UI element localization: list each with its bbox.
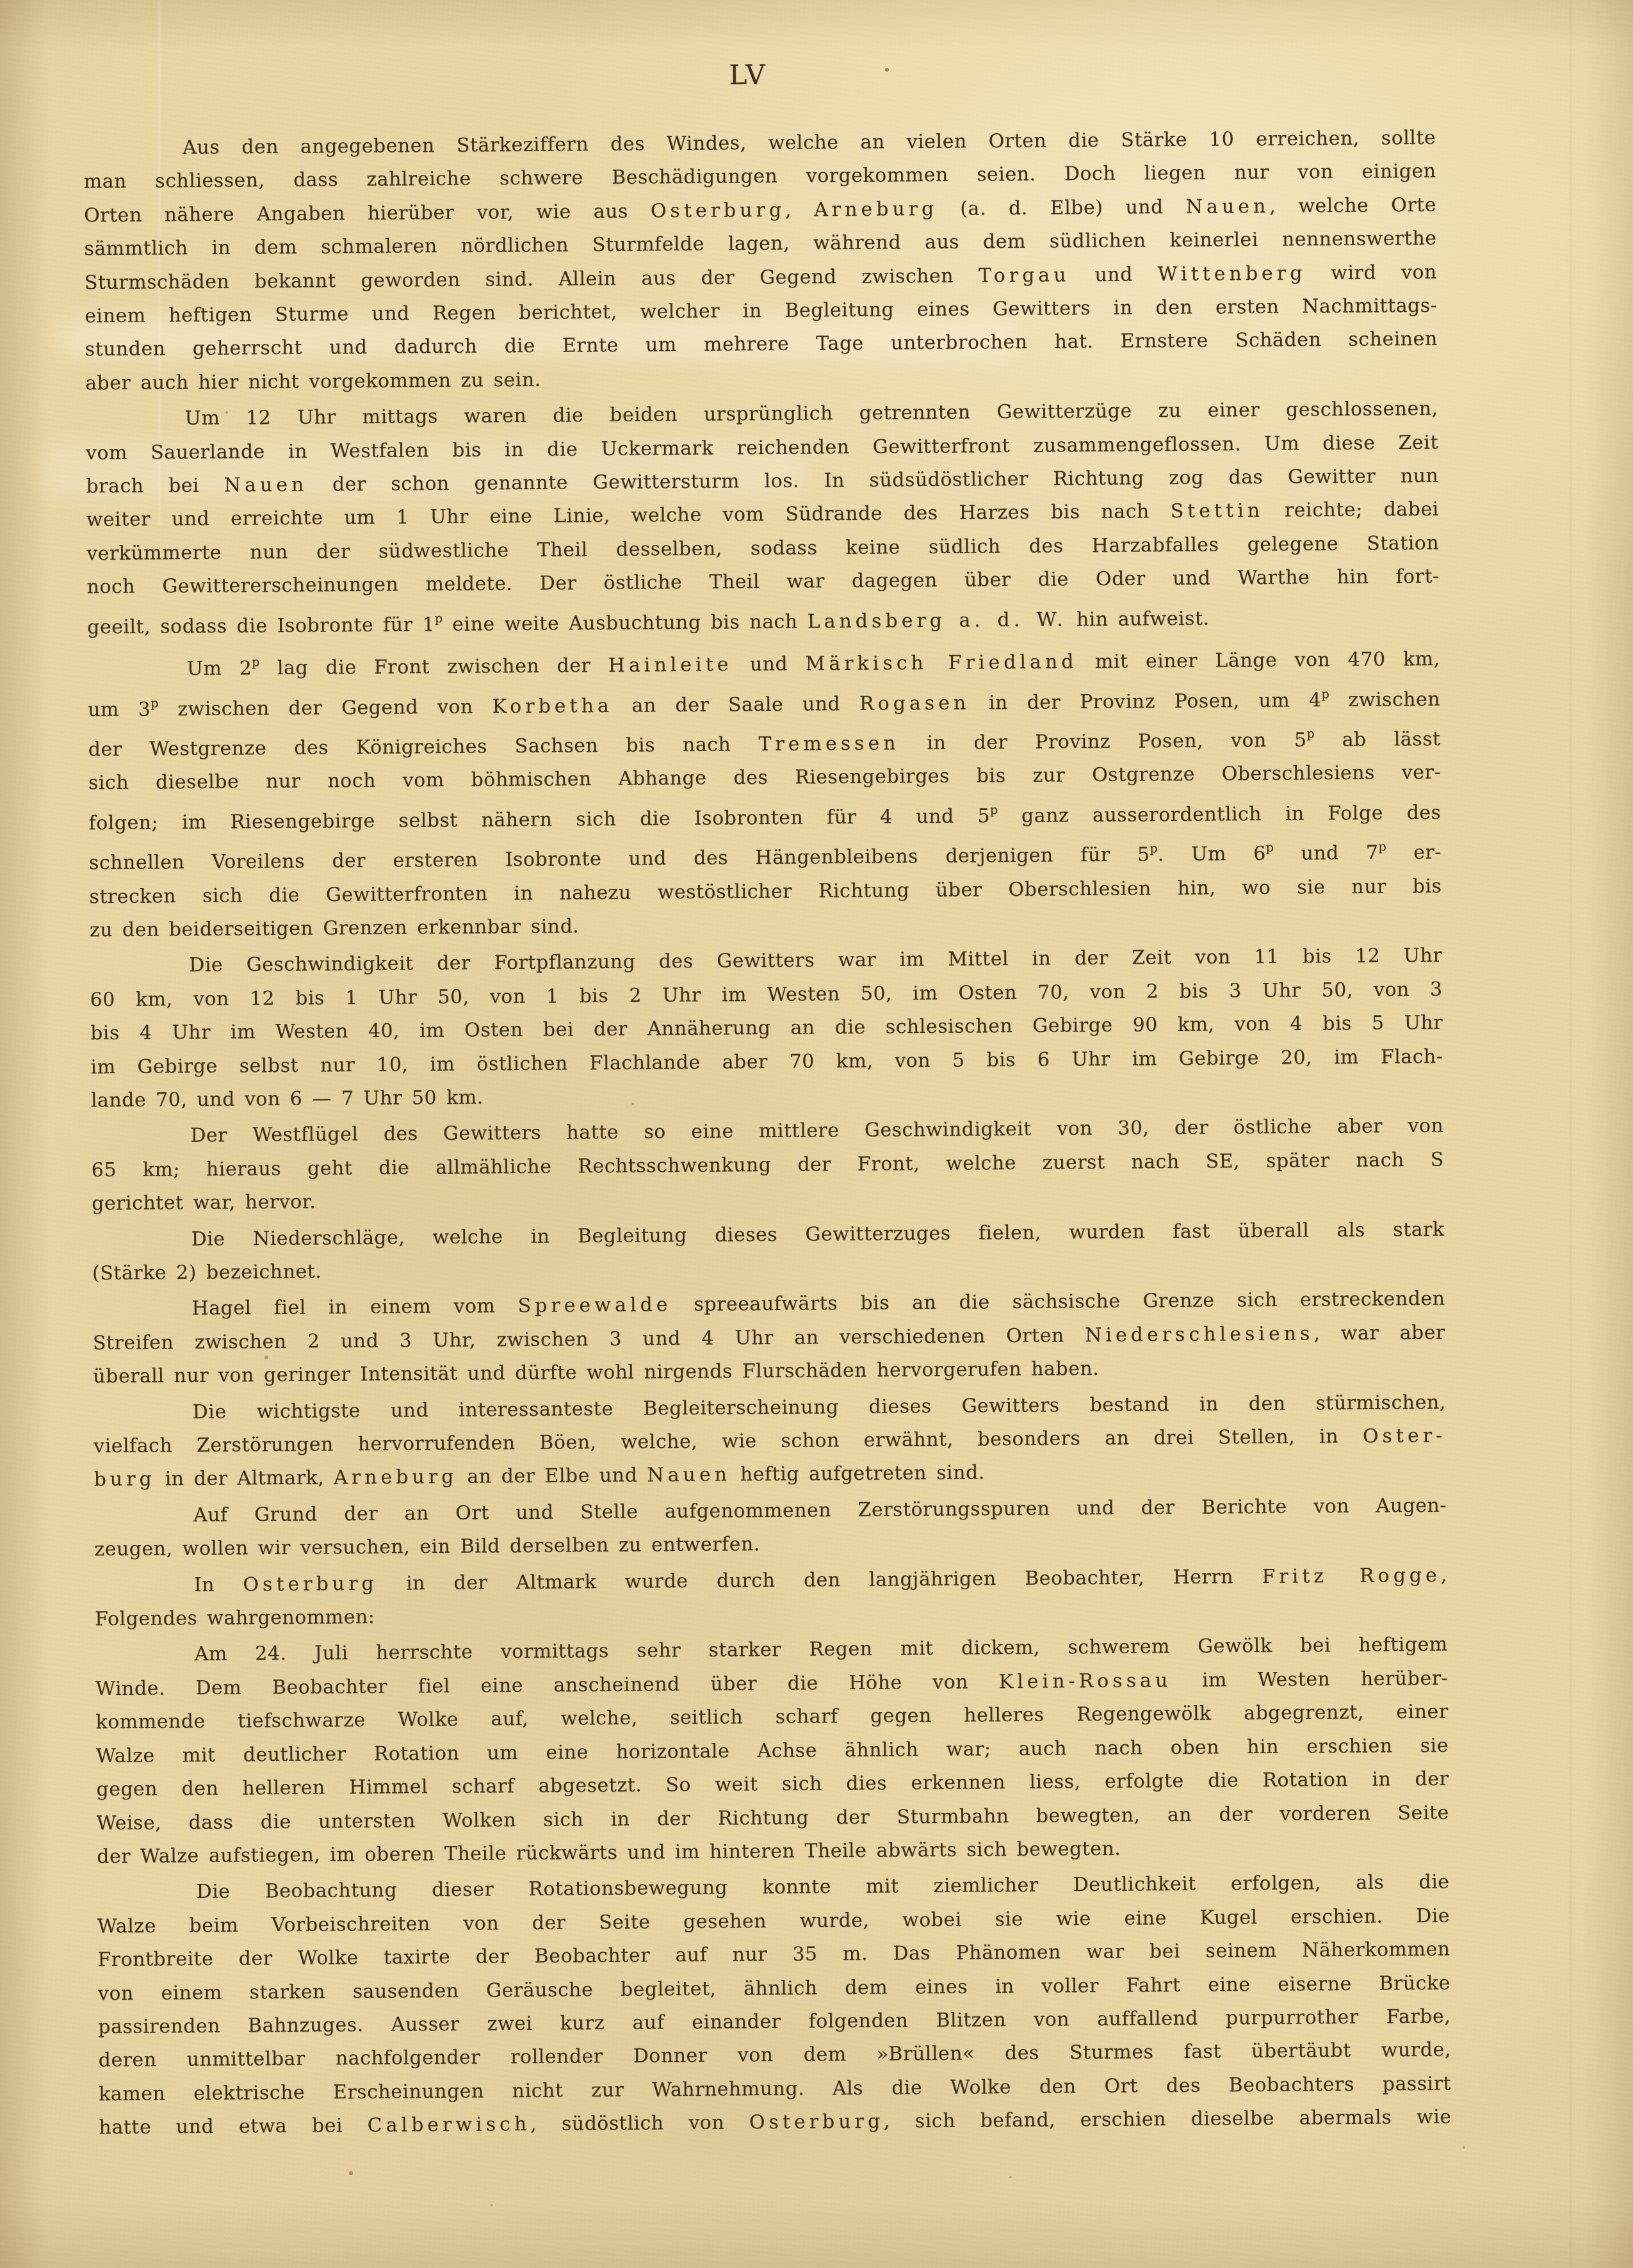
place-name: Osterburg	[651, 199, 785, 223]
paragraph: Die Beobachtung dieser Rotationsbewegung…	[97, 1866, 1451, 2145]
place-name: burg	[93, 1468, 155, 1491]
paragraph: Die Geschwindigkeit der Fortpflanzung de…	[90, 939, 1443, 1118]
place-name: Nauen	[647, 1464, 731, 1487]
place-name: Oster-	[1363, 1425, 1447, 1448]
place-name: Wittenberg	[1158, 262, 1306, 286]
paragraph: Um 2p lag die Front zwischen der Hainlei…	[87, 636, 1442, 948]
superscript-hour-marker: p	[150, 696, 158, 710]
paragraph: Um 12 Uhr mittags waren die beiden urspr…	[85, 393, 1440, 644]
paragraph: Die wichtigste und interessanteste Begle…	[93, 1386, 1447, 1497]
place-name: Landsberg a. d. W.	[808, 608, 1067, 633]
place-name: Hainleite	[608, 653, 733, 677]
scanned-book-page: LV Aus den angegebenen Stärkeziffern des…	[0, 0, 1633, 2268]
place-name: Korbetha	[492, 694, 613, 717]
place-name: Osterburg	[749, 2110, 884, 2134]
superscript-hour-marker: p	[1266, 841, 1274, 855]
paragraph: Aus den angegebenen Stärkeziffern des Wi…	[83, 122, 1438, 401]
superscript-hour-marker: p	[1378, 839, 1386, 854]
superscript-hour-marker: p	[252, 655, 259, 669]
place-name: Osterburg	[243, 1572, 377, 1596]
paragraph: Die Niederschläge, welche in Begleitung …	[92, 1213, 1445, 1290]
place-name: Arneburg	[814, 198, 938, 222]
place-name: Klein-Rossau	[999, 1669, 1172, 1693]
place-name: Torgau	[979, 264, 1070, 287]
paragraph: In Osterburg in der Altmark wurde durch …	[95, 1559, 1448, 1636]
paragraph: Auf Grund der an Ort und Stelle aufgenom…	[94, 1489, 1447, 1566]
superscript-hour-marker: p	[1150, 841, 1157, 855]
superscript-hour-marker: p	[1306, 727, 1314, 741]
place-name: Calberwisch	[367, 2113, 530, 2137]
superscript-hour-marker: p	[435, 612, 443, 626]
place-name: Arneburg	[334, 1466, 457, 1489]
place-name: Rogasen	[859, 692, 970, 715]
place-name: Märkisch Friedland	[805, 651, 1077, 675]
paper-specks	[0, 0, 3, 3]
place-name: Spreewalde	[518, 1294, 672, 1318]
place-name: Nauen	[224, 474, 308, 497]
place-name: Tremessen	[758, 732, 899, 756]
superscript-hour-marker: p	[990, 803, 998, 817]
paragraph: Hagel fiel in einem vom Spreewalde spree…	[92, 1283, 1445, 1394]
paper-crease	[1570, 0, 1572, 2268]
body-text: Aus den angegebenen Stärkeziffern des Wi…	[83, 122, 1452, 2148]
place-name: Niederschlesiens	[1085, 1322, 1313, 1347]
page-number: LV	[72, 55, 1424, 93]
place-name: Nauen	[1186, 195, 1270, 218]
place-name: Fritz Rogge	[1262, 1564, 1441, 1587]
paragraph: Der Westflügel des Gewitters hatte so ei…	[91, 1110, 1444, 1221]
place-name: Stettin	[1171, 499, 1264, 522]
superscript-hour-marker: p	[1321, 687, 1329, 701]
paragraph: Am 24. Juli herrschte vormittags sehr st…	[95, 1628, 1450, 1874]
